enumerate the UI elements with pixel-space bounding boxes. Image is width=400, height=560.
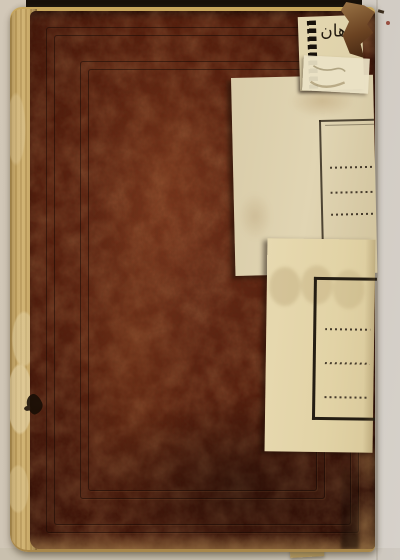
small-dark-mark <box>378 9 385 13</box>
small-red-mark <box>386 21 390 25</box>
paper-stain <box>238 192 273 241</box>
printed-rule-horizontal-thin <box>325 124 374 126</box>
dark-scuff-streak <box>341 454 359 549</box>
printed-rule-horizontal <box>319 119 374 122</box>
dotted-writing-line <box>330 166 372 169</box>
faint-handwriting-marks <box>302 55 370 93</box>
dotted-writing-line <box>331 213 373 216</box>
photograph-of-book-cover: هان <box>0 0 400 560</box>
lower-library-slip <box>265 238 376 452</box>
dotted-writing-line <box>331 191 373 194</box>
torn-label-scrap <box>302 55 370 93</box>
